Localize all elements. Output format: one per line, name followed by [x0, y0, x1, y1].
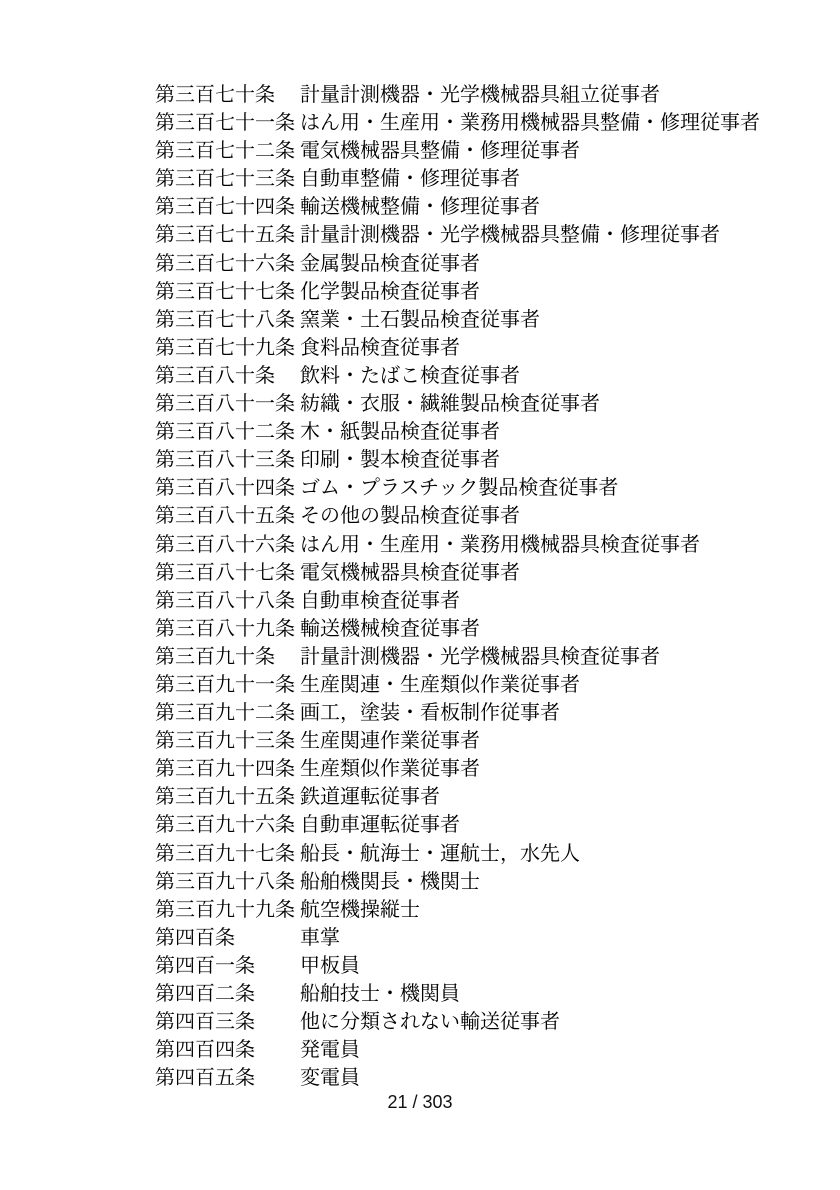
- list-item: 第三百九十八条 船舶機関長・機関士: [155, 868, 820, 896]
- list-item: 第三百九十条 計量計測機器・光学機械器具検査従事者: [155, 643, 820, 671]
- article-number: 第三百八十七条: [155, 559, 300, 587]
- article-number: 第三百八十六条: [155, 531, 300, 559]
- list-item: 第四百条 車掌: [155, 924, 820, 952]
- document-page: 第三百七十条 計量計測機器・光学機械器具組立従事者 第三百七十一条 はん用・生産…: [0, 0, 840, 1190]
- article-list: 第三百七十条 計量計測機器・光学機械器具組立従事者 第三百七十一条 はん用・生産…: [155, 81, 820, 1092]
- occupation-title: 電気機械器具検査従事者: [300, 559, 520, 587]
- occupation-title: 生産関連作業従事者: [300, 727, 480, 755]
- article-number: 第三百九十九条: [155, 896, 300, 924]
- occupation-title: 甲板員: [300, 952, 360, 980]
- page-number-text: 21 / 303: [387, 1092, 452, 1112]
- page-number-indicator: 21 / 303: [0, 1091, 840, 1113]
- article-number: 第三百九十八条: [155, 868, 300, 896]
- list-item: 第三百九十五条 鉄道運転従事者: [155, 783, 820, 811]
- occupation-title: 計量計測機器・光学機械器具検査従事者: [300, 643, 660, 671]
- list-item: 第三百七十二条 電気機械器具整備・修理従事者: [155, 137, 820, 165]
- article-number: 第三百七十七条: [155, 278, 300, 306]
- occupation-title: ゴム・プラスチック製品検査従事者: [300, 474, 618, 502]
- list-item: 第三百八十条 飲料・たばこ検査従事者: [155, 362, 820, 390]
- article-number: 第三百八十三条: [155, 446, 300, 474]
- article-number: 第三百八十八条: [155, 587, 300, 615]
- occupation-title: はん用・生産用・業務用機械器具検査従事者: [300, 531, 700, 559]
- list-item: 第三百八十八条 自動車検査従事者: [155, 587, 820, 615]
- list-item: 第三百八十三条 印刷・製本検査従事者: [155, 446, 820, 474]
- article-number: 第四百三条: [155, 1008, 300, 1036]
- article-number: 第三百八十条: [155, 362, 300, 390]
- occupation-title: 他に分類されない輸送従事者: [300, 1008, 560, 1036]
- list-item: 第四百四条 発電員: [155, 1036, 820, 1064]
- occupation-title: 変電員: [300, 1064, 360, 1092]
- article-number: 第三百七十一条: [155, 109, 300, 137]
- article-number: 第三百九十条: [155, 643, 300, 671]
- list-item: 第三百九十六条 自動車運転従事者: [155, 811, 820, 839]
- occupation-title: 電気機械器具整備・修理従事者: [300, 137, 580, 165]
- article-number: 第三百九十六条: [155, 811, 300, 839]
- occupation-title: 飲料・たばこ検査従事者: [300, 362, 520, 390]
- list-item: 第三百九十二条 画工，塗装・看板制作従事者: [155, 699, 820, 727]
- occupation-title: 自動車運転従事者: [300, 811, 460, 839]
- occupation-title: 生産類似作業従事者: [300, 755, 480, 783]
- list-item: 第三百七十一条 はん用・生産用・業務用機械器具整備・修理従事者: [155, 109, 820, 137]
- occupation-title: 輸送機械整備・修理従事者: [300, 193, 540, 221]
- occupation-title: 印刷・製本検査従事者: [300, 446, 500, 474]
- article-number: 第三百七十条: [155, 81, 300, 109]
- list-item: 第三百八十一条 紡織・衣服・繊維製品検査従事者: [155, 390, 820, 418]
- list-item: 第三百九十九条 航空機操縦士: [155, 896, 820, 924]
- list-item: 第三百八十五条 その他の製品検査従事者: [155, 502, 820, 530]
- occupation-title: 船長・航海士・運航士，水先人: [300, 840, 580, 868]
- article-number: 第三百七十四条: [155, 193, 300, 221]
- occupation-title: 化学製品検査従事者: [300, 278, 480, 306]
- list-item: 第四百三条 他に分類されない輸送従事者: [155, 1008, 820, 1036]
- occupation-title: 窯業・土石製品検査従事者: [300, 306, 540, 334]
- list-item: 第三百九十七条 船長・航海士・運航士，水先人: [155, 840, 820, 868]
- list-item: 第三百七十五条 計量計測機器・光学機械器具整備・修理従事者: [155, 221, 820, 249]
- list-item: 第三百八十七条 電気機械器具検査従事者: [155, 559, 820, 587]
- article-number: 第三百八十四条: [155, 474, 300, 502]
- article-number: 第四百五条: [155, 1064, 300, 1092]
- occupation-title: 計量計測機器・光学機械器具整備・修理従事者: [300, 221, 720, 249]
- article-number: 第三百七十六条: [155, 250, 300, 278]
- occupation-title: 航空機操縦士: [300, 896, 420, 924]
- occupation-title: 自動車検査従事者: [300, 587, 460, 615]
- article-number: 第三百九十三条: [155, 727, 300, 755]
- occupation-title: 食料品検査従事者: [300, 334, 460, 362]
- list-item: 第四百五条 変電員: [155, 1064, 820, 1092]
- article-number: 第三百八十二条: [155, 418, 300, 446]
- occupation-title: 鉄道運転従事者: [300, 783, 440, 811]
- occupation-title: はん用・生産用・業務用機械器具整備・修理従事者: [300, 109, 760, 137]
- occupation-title: 計量計測機器・光学機械器具組立従事者: [300, 81, 660, 109]
- list-item: 第三百七十九条 食料品検査従事者: [155, 334, 820, 362]
- occupation-title: 船舶機関長・機関士: [300, 868, 480, 896]
- list-item: 第三百九十四条 生産類似作業従事者: [155, 755, 820, 783]
- list-item: 第四百二条 船舶技士・機関員: [155, 980, 820, 1008]
- article-number: 第三百七十九条: [155, 334, 300, 362]
- list-item: 第三百七十条 計量計測機器・光学機械器具組立従事者: [155, 81, 820, 109]
- list-item: 第三百八十二条 木・紙製品検査従事者: [155, 418, 820, 446]
- list-item: 第三百七十六条 金属製品検査従事者: [155, 250, 820, 278]
- list-item: 第三百七十四条 輸送機械整備・修理従事者: [155, 193, 820, 221]
- list-item: 第三百七十三条 自動車整備・修理従事者: [155, 165, 820, 193]
- article-number: 第三百九十五条: [155, 783, 300, 811]
- list-item: 第三百八十四条 ゴム・プラスチック製品検査従事者: [155, 474, 820, 502]
- article-number: 第三百九十二条: [155, 699, 300, 727]
- list-item: 第三百八十九条 輸送機械検査従事者: [155, 615, 820, 643]
- article-number: 第三百九十七条: [155, 840, 300, 868]
- article-number: 第四百一条: [155, 952, 300, 980]
- occupation-title: その他の製品検査従事者: [300, 502, 520, 530]
- article-number: 第四百二条: [155, 980, 300, 1008]
- article-number: 第三百八十一条: [155, 390, 300, 418]
- article-number: 第三百八十九条: [155, 615, 300, 643]
- article-number: 第三百七十三条: [155, 165, 300, 193]
- occupation-title: 紡織・衣服・繊維製品検査従事者: [300, 390, 600, 418]
- article-number: 第四百条: [155, 924, 300, 952]
- article-number: 第三百七十八条: [155, 306, 300, 334]
- occupation-title: 発電員: [300, 1036, 360, 1064]
- list-item: 第三百九十一条 生産関連・生産類似作業従事者: [155, 671, 820, 699]
- occupation-title: 金属製品検査従事者: [300, 250, 480, 278]
- occupation-title: 車掌: [300, 924, 340, 952]
- article-number: 第四百四条: [155, 1036, 300, 1064]
- occupation-title: 船舶技士・機関員: [300, 980, 460, 1008]
- occupation-title: 木・紙製品検査従事者: [300, 418, 500, 446]
- occupation-title: 画工，塗装・看板制作従事者: [300, 699, 560, 727]
- occupation-title: 生産関連・生産類似作業従事者: [300, 671, 580, 699]
- occupation-title: 自動車整備・修理従事者: [300, 165, 520, 193]
- list-item: 第三百七十七条 化学製品検査従事者: [155, 278, 820, 306]
- article-number: 第三百九十一条: [155, 671, 300, 699]
- article-number: 第三百七十五条: [155, 221, 300, 249]
- article-number: 第三百九十四条: [155, 755, 300, 783]
- article-number: 第三百七十二条: [155, 137, 300, 165]
- list-item: 第三百八十六条 はん用・生産用・業務用機械器具検査従事者: [155, 531, 820, 559]
- list-item: 第四百一条 甲板員: [155, 952, 820, 980]
- list-item: 第三百九十三条 生産関連作業従事者: [155, 727, 820, 755]
- article-number: 第三百八十五条: [155, 502, 300, 530]
- occupation-title: 輸送機械検査従事者: [300, 615, 480, 643]
- list-item: 第三百七十八条 窯業・土石製品検査従事者: [155, 306, 820, 334]
